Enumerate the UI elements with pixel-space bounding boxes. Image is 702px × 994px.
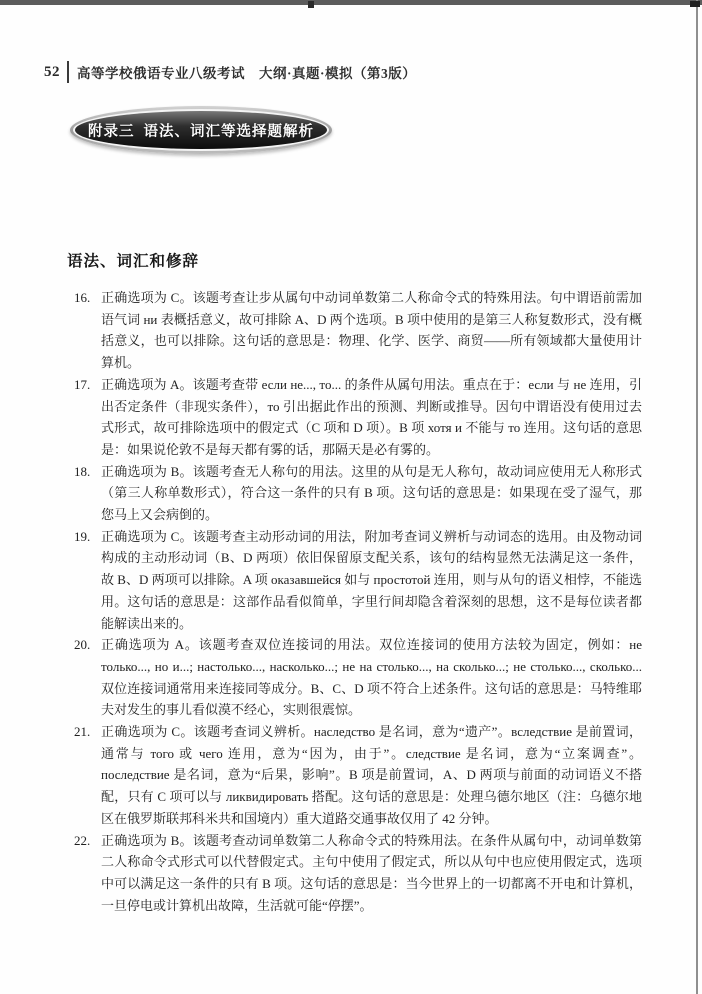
header-title: 高等学校俄语专业八级考试 大纲·真题·模拟（第3版）: [77, 62, 416, 82]
item-number: 17.: [74, 374, 101, 396]
page-number: 52: [44, 64, 60, 81]
item-text: 正确选项为 A。该题考查带 если не..., то... 的条件从属句用法…: [101, 374, 642, 461]
item-text: 正确选项为 C。该题考查词义辨析。наследство 是名词，意为“遗产”。в…: [101, 721, 642, 830]
answer-item-22: 22. 正确选项为 B。该题考查动词单数第二人称命令式的特殊用法。在条件从属句中…: [74, 830, 642, 917]
section-heading: 语法、词汇和修辞: [67, 249, 199, 271]
item-number: 21.: [74, 721, 101, 743]
scanned-book-page: 52 高等学校俄语专业八级考试 大纲·真题·模拟（第3版） 附录三 语法、词汇等…: [0, 0, 702, 994]
item-text: 正确选项为 B。该题考查无人称句的用法。这里的从句是无人称句，故动词应使用无人称…: [101, 461, 642, 526]
item-text: 正确选项为 C。该题考查让步从属句中动词单数第二人称命令式的特殊用法。句中谓语前…: [101, 287, 642, 374]
item-number: 16.: [74, 287, 101, 309]
answer-explanation-list: 16. 正确选项为 C。该题考查让步从属句中动词单数第二人称命令式的特殊用法。句…: [74, 287, 642, 916]
scan-edge-right: [696, 0, 698, 994]
scan-artifact: [308, 1, 314, 8]
answer-item-19: 19. 正确选项为 C。该题考查主动形动词的用法，附加考查词义辨析与动词态的选用…: [74, 526, 642, 635]
item-text: 正确选项为 A。该题考查双位连接词的用法。双位连接词的使用方法较为固定，例如：н…: [101, 634, 642, 721]
item-number: 19.: [74, 526, 101, 548]
item-text: 正确选项为 B。该题考查动词单数第二人称命令式的特殊用法。在条件从属句中，动词单…: [101, 830, 642, 917]
answer-item-20: 20. 正确选项为 A。该题考查双位连接词的用法。双位连接词的使用方法较为固定，…: [74, 634, 642, 721]
answer-item-21: 21. 正确选项为 C。该题考查词义辨析。наследство 是名词，意为“遗…: [74, 721, 642, 830]
item-number: 22.: [74, 830, 101, 852]
banner-prefix: 附录三: [88, 120, 135, 141]
banner-title: 语法、词汇等选择题解析: [144, 120, 315, 141]
scan-artifact: [690, 1, 700, 7]
appendix-banner: 附录三 语法、词汇等选择题解析: [70, 106, 332, 154]
answer-item-17: 17. 正确选项为 A。该题考查带 если не..., то... 的条件从…: [74, 374, 642, 461]
page-header: 52 高等学校俄语专业八级考试 大纲·真题·模拟（第3版）: [44, 61, 416, 83]
item-text: 正确选项为 C。该题考查主动形动词的用法，附加考查词义辨析与动词态的选用。由及物…: [101, 526, 642, 635]
scan-edge-top: [0, 0, 702, 5]
answer-item-18: 18. 正确选项为 B。该题考查无人称句的用法。这里的从句是无人称句，故动词应使…: [74, 461, 642, 526]
item-number: 20.: [74, 634, 101, 656]
header-divider: [67, 61, 69, 83]
banner-core: 附录三 语法、词汇等选择题解析: [75, 111, 327, 149]
answer-item-16: 16. 正确选项为 C。该题考查让步从属句中动词单数第二人称命令式的特殊用法。句…: [74, 287, 642, 374]
item-number: 18.: [74, 461, 101, 483]
